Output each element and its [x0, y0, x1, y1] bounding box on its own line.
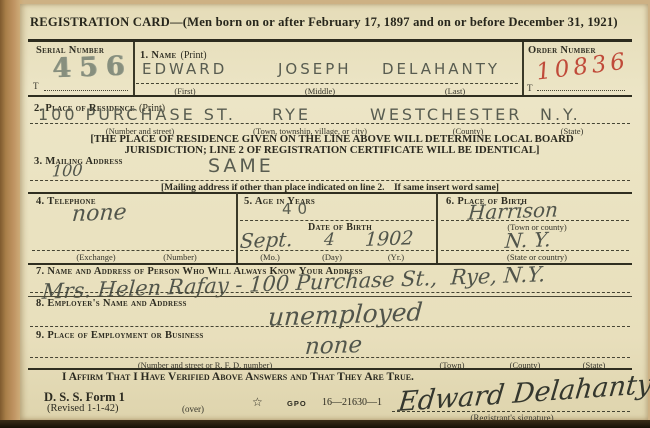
form-revision: (Revised 1-1-42) — [47, 403, 118, 414]
employer-fill-line — [30, 326, 630, 327]
dob-sublabel-month: (Mo.) — [260, 252, 280, 262]
telephone-fill-line — [32, 250, 234, 251]
contact-fill-line — [30, 292, 630, 293]
divider-telephone-age — [236, 192, 238, 264]
order-fill-line — [537, 90, 625, 91]
telephone-sublabel-number: (Number) — [163, 252, 197, 262]
telephone-sublabel-exchange: (Exchange) — [76, 252, 115, 262]
rule-row1-bottom — [28, 95, 632, 97]
gpo-mark: GPO — [287, 399, 307, 408]
residence-town-value: RYE — [272, 105, 311, 124]
card-title: REGISTRATION CARD—(Men born on or after … — [30, 15, 618, 30]
employment-label: 9. Place of Employment or Business — [36, 330, 204, 341]
order-prefix: T — [527, 83, 533, 93]
residence-street-value: 100 PURCHASE ST. — [38, 105, 236, 124]
employment-value: none — [304, 332, 363, 360]
residence-fill-line — [30, 123, 630, 124]
divider-name-order — [522, 42, 524, 96]
serial-number-stamp: 456 — [51, 51, 132, 85]
residence-note-line2: JURISDICTION; LINE 2 OF REGISTRATION CER… — [125, 144, 540, 156]
mailing-fill-line — [30, 180, 630, 181]
age-mid-line — [240, 220, 434, 221]
residence-state-value: N.Y. — [540, 105, 581, 124]
name-first-value: EDWARD — [142, 60, 227, 78]
serial-prefix: T — [33, 81, 39, 91]
employment-fill-line — [30, 357, 630, 358]
rule-row7-bottom — [28, 296, 632, 297]
name-middle-value: JOSEPH — [278, 60, 352, 78]
telephone-value: none — [71, 200, 127, 227]
birthplace-fill-line — [441, 250, 629, 251]
star-icon: ☆ — [252, 395, 263, 410]
dob-fill-line — [240, 250, 434, 251]
birthplace-mid-line — [441, 220, 629, 221]
print-code: 16—21630—1 — [322, 397, 382, 408]
affirmation-text: I Affirm That I Have Verified Above Answ… — [62, 371, 414, 383]
dob-year-value: 1902 — [364, 227, 414, 251]
divider-serial-name — [133, 42, 135, 96]
birthplace-sublabel-state: (State or country) — [507, 252, 567, 262]
employer-label: 8. Employer's Name and Address — [36, 298, 187, 309]
divider-age-birthplace — [436, 192, 438, 264]
signature-fill-line — [392, 411, 630, 412]
registration-card-scan: REGISTRATION CARD—(Men born on or after … — [0, 0, 650, 428]
dob-label: Date of Birth — [308, 222, 372, 233]
name-last-value: DELAHANTY — [382, 60, 500, 78]
dob-day-value: 4 — [323, 230, 335, 250]
age-value: 40 — [282, 200, 313, 218]
scan-bottom-edge — [0, 420, 650, 428]
name-fill-line — [136, 83, 518, 84]
mailing-number-value: 100 — [51, 160, 83, 180]
rule-under-title — [28, 39, 632, 42]
residence-county-value: WESTCHESTER — [370, 105, 522, 124]
birthplace-state-value: N. Y. — [504, 227, 552, 253]
dob-sublabel-day: (Day) — [322, 252, 342, 262]
mailing-value: SAME — [208, 155, 274, 177]
serial-fill-line — [44, 90, 128, 91]
rule-row3-bottom — [28, 192, 632, 194]
over-note: (over) — [182, 404, 204, 414]
dob-sublabel-year: (Yr.) — [388, 252, 404, 262]
rule-row9-bottom — [28, 368, 632, 370]
